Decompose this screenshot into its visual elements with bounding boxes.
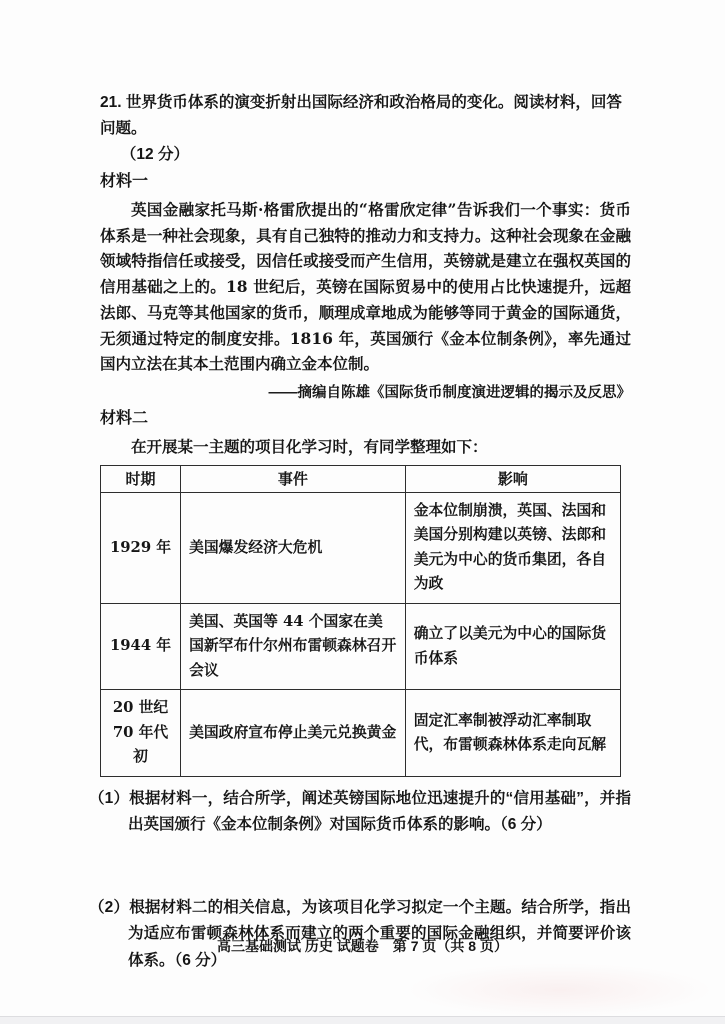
project-study-table: 时期 事件 影响 1929 年 美国爆发经济大危机 金本位制崩溃，英国、法国和美… [100, 465, 621, 777]
sub-question-1: （1）根据材料一，结合所学，阐述英镑国际地位迅速提升的“信用基础”，并指出英国颁… [89, 786, 631, 839]
sub-question-2-text: 根据材料二的相关信息，为该项目化学习拟定一个主题。结合所学，指出为适应布雷顿森林… [128, 899, 631, 969]
sub-question-2-label: （2） [89, 899, 129, 916]
table-header-period: 时期 [101, 465, 181, 492]
table-cell-event: 美国政府宣布停止美元兑换黄金 [181, 690, 406, 777]
exam-content: 21. 世界货币体系的演变折射出国际经济和政治格局的变化。阅读材料，回答问题。 … [0, 0, 725, 974]
sub-question-1-label: （1） [89, 790, 129, 807]
question-score: （12 分） [100, 142, 631, 168]
table-cell-period: 20 世纪 70 年代初 [101, 690, 181, 777]
sub-question-1-text: 根据材料一，结合所学，阐述英镑国际地位迅速提升的“信用基础”，并指出英国颁行《金… [128, 790, 631, 834]
table-header-row: 时期 事件 影响 [101, 465, 621, 492]
page-footer: 高三基础测试 历史 试题卷 第 7 页（共 8 页） [0, 936, 725, 956]
material2-label: 材料二 [100, 407, 631, 431]
table-row: 20 世纪 70 年代初 美国政府宣布停止美元兑换黄金 固定汇率制被浮动汇率制取… [101, 690, 621, 777]
sub-question-2: （2）根据材料二的相关信息，为该项目化学习拟定一个主题。结合所学，指出为适应布雷… [89, 895, 631, 975]
table-cell-period: 1944 年 [101, 603, 181, 690]
table-cell-period: 1929 年 [101, 492, 181, 603]
table-header-event: 事件 [181, 465, 406, 492]
exam-page: 21. 世界货币体系的演变折射出国际经济和政治格局的变化。阅读材料，回答问题。 … [0, 0, 725, 1024]
material2-intro: 在开展某一主题的项目化学习时，有同学整理如下： [100, 434, 631, 459]
question-intro: 世界货币体系的演变折射出国际经济和政治格局的变化。阅读材料，回答问题。 [100, 94, 622, 137]
table-row: 1944 年 美国、英国等 44 个国家在美国新罕布什尔州布雷顿森林召开会议 确… [101, 603, 621, 690]
table-cell-impact: 金本位制崩溃，英国、法国和美国分别构建以英镑、法郎和美元为中心的货币集团，各自为… [405, 492, 620, 603]
material1-attribution: ——摘编自陈雄《国际货币制度演进逻辑的揭示及反思》 [100, 382, 631, 404]
table-cell-event: 美国爆发经济大危机 [181, 492, 406, 603]
table-cell-impact: 确立了以美元为中心的国际货币体系 [405, 603, 620, 690]
question-21-title: 21. 世界货币体系的演变折射出国际经济和政治格局的变化。阅读材料，回答问题。 [100, 90, 631, 142]
material1-label: 材料一 [100, 170, 631, 194]
table-header-impact: 影响 [405, 465, 620, 492]
question-number: 21. [100, 94, 122, 111]
page-bottom-edge [0, 1016, 725, 1024]
table-row: 1929 年 美国爆发经济大危机 金本位制崩溃，英国、法国和美国分别构建以英镑、… [101, 492, 621, 603]
table-cell-event: 美国、英国等 44 个国家在美国新罕布什尔州布雷顿森林召开会议 [181, 603, 406, 690]
material1-paragraph: 英国金融家托马斯·格雷欣提出的“格雷欣定律”告诉我们一个事实：货币体系是一种社会… [100, 197, 631, 377]
question-21-header: 21. 世界货币体系的演变折射出国际经济和政治格局的变化。阅读材料，回答问题。 … [100, 90, 631, 168]
table-cell-impact: 固定汇率制被浮动汇率制取代，布雷顿森林体系走向瓦解 [405, 690, 620, 777]
